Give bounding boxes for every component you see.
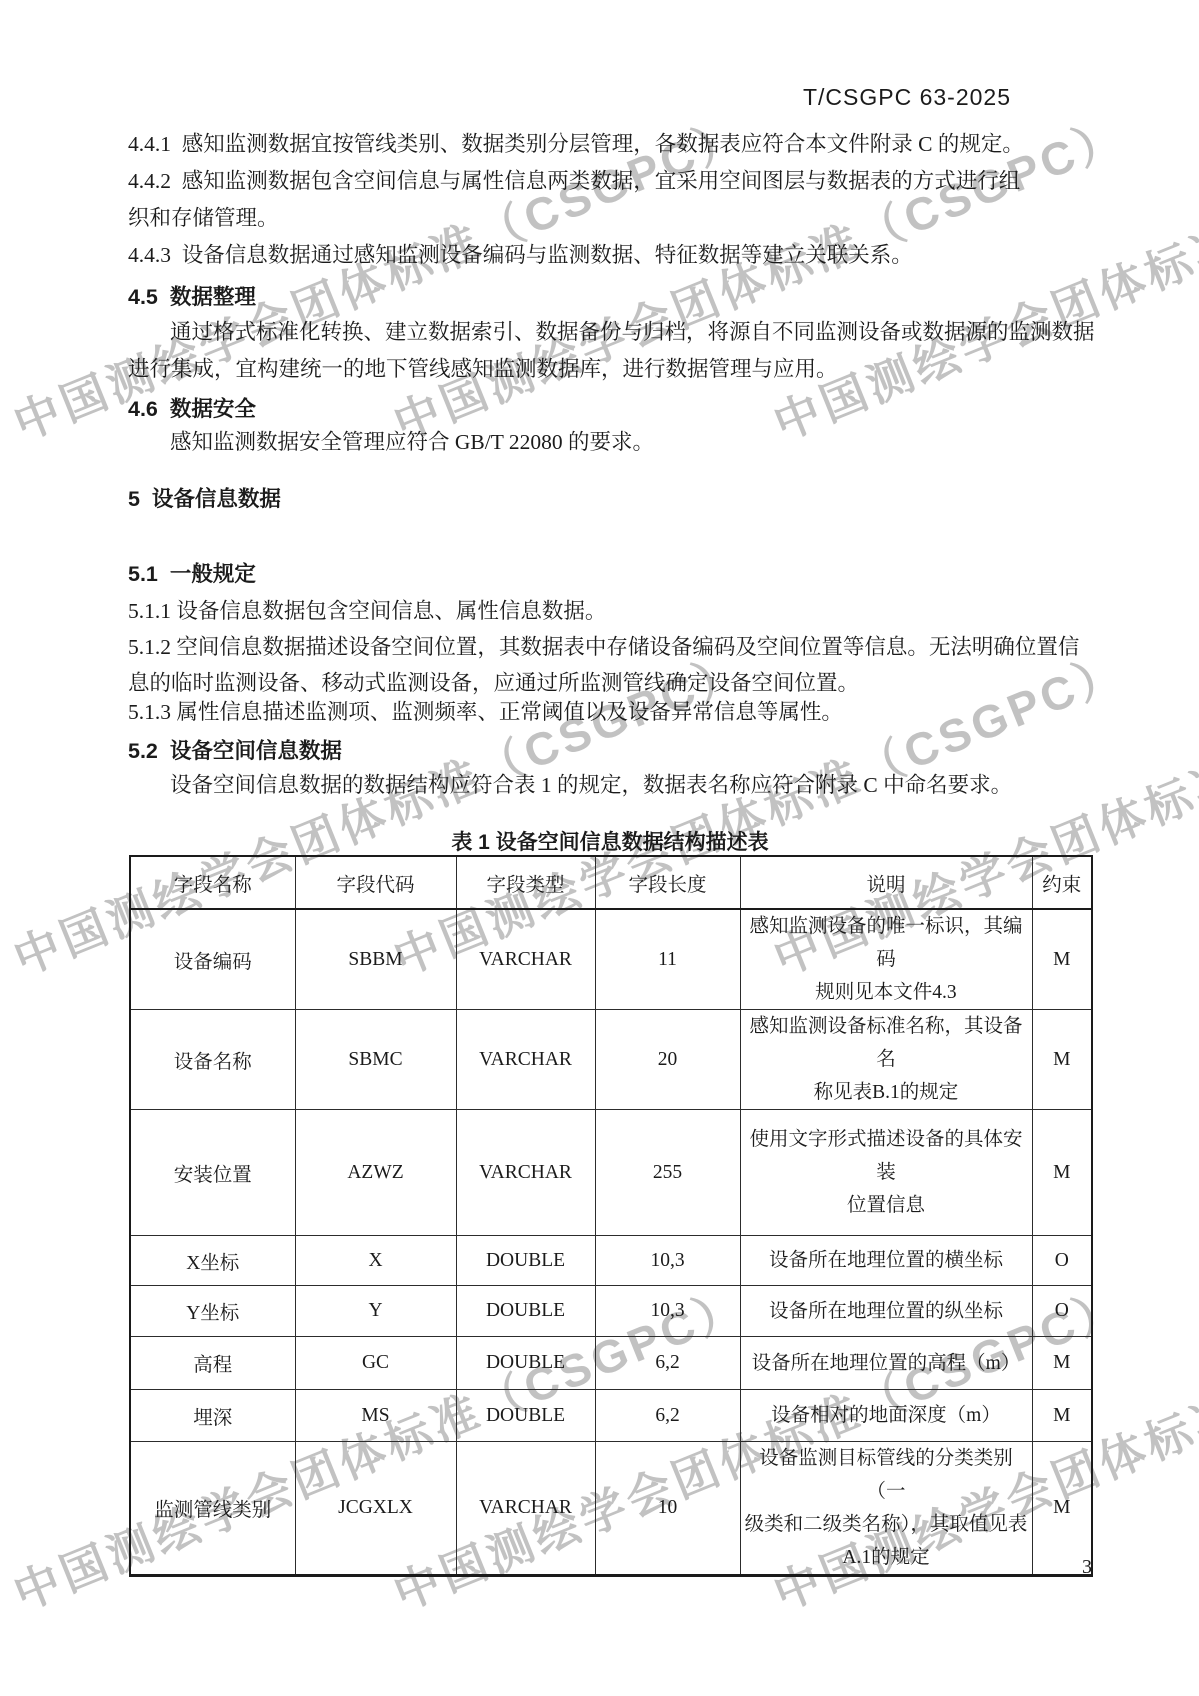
cell-field-type: VARCHAR bbox=[456, 909, 595, 1010]
description-line: 设备所在地理位置的纵坐标 bbox=[741, 1295, 1032, 1328]
cell-field-code: MS bbox=[295, 1390, 456, 1442]
cell-field-code: GC bbox=[295, 1337, 456, 1390]
table-row: X坐标 X DOUBLE 10,3 设备所在地理位置的横坐标 O bbox=[130, 1236, 1092, 1286]
cell-field-name: X坐标 bbox=[130, 1236, 295, 1286]
col-header-field-type: 字段类型 bbox=[456, 856, 595, 909]
cell-description: 设备所在地理位置的横坐标 bbox=[740, 1236, 1032, 1286]
cell-description: 设备所在地理位置的纵坐标 bbox=[740, 1286, 1032, 1337]
cell-field-name: 安装位置 bbox=[130, 1110, 295, 1236]
cell-constraint: M bbox=[1032, 1337, 1092, 1390]
cell-field-code: AZWZ bbox=[295, 1110, 456, 1236]
cell-field-length: 6,2 bbox=[595, 1337, 740, 1390]
section-heading-4-6: 4.6 数据安全 bbox=[128, 392, 256, 423]
doc-code: T/CSGPC 63-2025 bbox=[803, 84, 1011, 111]
section-heading-4-5: 4.5 数据整理 bbox=[128, 280, 256, 311]
cell-field-type: DOUBLE bbox=[456, 1286, 595, 1337]
description-line: 位置信息 bbox=[741, 1189, 1032, 1222]
section-heading-5-1: 5.1 一般规定 bbox=[128, 557, 256, 588]
description-line: 感知监测设备的唯一标识，其编码 bbox=[741, 910, 1032, 976]
table-row: 设备名称 SBMC VARCHAR 20 感知监测设备标准名称，其设备名 称见表… bbox=[130, 1010, 1092, 1110]
cell-field-length: 10 bbox=[595, 1442, 740, 1576]
paragraph-5-1-1: 5.1.1 设备信息数据包含空间信息、属性信息数据。 bbox=[128, 597, 606, 625]
cell-field-type: DOUBLE bbox=[456, 1337, 595, 1390]
cell-description: 感知监测设备的唯一标识，其编码 规则见本文件4.3 bbox=[740, 909, 1032, 1010]
cell-field-name: 设备名称 bbox=[130, 1010, 295, 1110]
cell-field-code: SBBM bbox=[295, 909, 456, 1010]
cell-field-length: 20 bbox=[595, 1010, 740, 1110]
cell-field-name: 高程 bbox=[130, 1337, 295, 1390]
description-line: A.1的规定 bbox=[741, 1541, 1032, 1574]
cell-field-name: 埋深 bbox=[130, 1390, 295, 1442]
col-header-constraint: 约束 bbox=[1032, 856, 1092, 909]
paragraph-4-5-line1: 通过格式标准化转换、建立数据索引、数据备份与归档，将源自不同监测设备或数据源的监… bbox=[170, 318, 1095, 346]
cell-field-code: JCGXLX bbox=[295, 1442, 456, 1576]
cell-field-length: 11 bbox=[595, 909, 740, 1010]
paragraph-5-1-2-line2: 息的临时监测设备、移动式监测设备，应通过所监测管线确定设备空间位置。 bbox=[128, 669, 859, 697]
paragraph-5-1-2-line1: 5.1.2 空间信息数据描述设备空间位置，其数据表中存储设备编码及空间位置等信息… bbox=[128, 633, 1079, 661]
cell-field-name: 设备编码 bbox=[130, 909, 295, 1010]
cell-field-name: Y坐标 bbox=[130, 1286, 295, 1337]
cell-field-type: DOUBLE bbox=[456, 1236, 595, 1286]
cell-field-type: DOUBLE bbox=[456, 1390, 595, 1442]
cell-constraint: M bbox=[1032, 909, 1092, 1010]
cell-description: 感知监测设备标准名称，其设备名 称见表B.1的规定 bbox=[740, 1010, 1032, 1110]
table-row: 安装位置 AZWZ VARCHAR 255 使用文字形式描述设备的具体安装 位置… bbox=[130, 1110, 1092, 1236]
cell-constraint: O bbox=[1032, 1286, 1092, 1337]
cell-constraint: M bbox=[1032, 1010, 1092, 1110]
table-row: Y坐标 Y DOUBLE 10,3 设备所在地理位置的纵坐标 O bbox=[130, 1286, 1092, 1337]
table-row: 监测管线类别 JCGXLX VARCHAR 10 设备监测目标管线的分类类别（一… bbox=[130, 1442, 1092, 1576]
cell-field-code: Y bbox=[295, 1286, 456, 1337]
cell-description: 设备相对的地面深度（m） bbox=[740, 1390, 1032, 1442]
paragraph-4-5-line2: 进行集成，宜构建统一的地下管线感知监测数据库，进行数据管理与应用。 bbox=[128, 355, 838, 383]
table-row: 设备编码 SBBM VARCHAR 11 感知监测设备的唯一标识，其编码 规则见… bbox=[130, 909, 1092, 1010]
col-header-field-name: 字段名称 bbox=[130, 856, 295, 909]
table-header-row: 字段名称 字段代码 字段类型 字段长度 说明 约束 bbox=[130, 856, 1092, 909]
cell-description: 使用文字形式描述设备的具体安装 位置信息 bbox=[740, 1110, 1032, 1236]
table-caption: 表 1 设备空间信息数据结构描述表 bbox=[129, 826, 1091, 856]
description-line: 使用文字形式描述设备的具体安装 bbox=[741, 1123, 1032, 1189]
col-header-field-code: 字段代码 bbox=[295, 856, 456, 909]
description-line: 感知监测设备标准名称，其设备名 bbox=[741, 1010, 1032, 1076]
cell-field-length: 6,2 bbox=[595, 1390, 740, 1442]
cell-field-code: SBMC bbox=[295, 1010, 456, 1110]
section-heading-5: 5 设备信息数据 bbox=[128, 482, 281, 513]
section-heading-5-2: 5.2 设备空间信息数据 bbox=[128, 734, 342, 765]
cell-field-length: 10,3 bbox=[595, 1236, 740, 1286]
cell-field-name: 监测管线类别 bbox=[130, 1442, 295, 1576]
description-line: 规则见本文件4.3 bbox=[741, 976, 1032, 1009]
col-header-field-length: 字段长度 bbox=[595, 856, 740, 909]
paragraph-4-4-1: 4.4.1 感知监测数据宜按管线类别、数据类别分层管理，各数据表应符合本文件附录… bbox=[128, 130, 1024, 158]
cell-field-code: X bbox=[295, 1236, 456, 1286]
cell-field-length: 10,3 bbox=[595, 1286, 740, 1337]
description-line: 设备相对的地面深度（m） bbox=[741, 1399, 1032, 1432]
description-line: 设备所在地理位置的高程（m） bbox=[741, 1347, 1032, 1380]
table-row: 高程 GC DOUBLE 6,2 设备所在地理位置的高程（m） M bbox=[130, 1337, 1092, 1390]
description-line: 级类和二级类名称），其取值见表 bbox=[741, 1508, 1032, 1541]
col-header-description: 说明 bbox=[740, 856, 1032, 909]
cell-field-length: 255 bbox=[595, 1110, 740, 1236]
cell-description: 设备监测目标管线的分类类别（一 级类和二级类名称），其取值见表 A.1的规定 bbox=[740, 1442, 1032, 1576]
paragraph-4-4-2-line1: 4.4.2 感知监测数据包含空间信息与属性信息两类数据，宜采用空间图层与数据表的… bbox=[128, 167, 1020, 195]
table-1: 字段名称 字段代码 字段类型 字段长度 说明 约束 设备编码 SBBM VARC… bbox=[129, 855, 1093, 1577]
cell-constraint: M bbox=[1032, 1110, 1092, 1236]
cell-constraint: M bbox=[1032, 1390, 1092, 1442]
description-line: 称见表B.1的规定 bbox=[741, 1076, 1032, 1109]
paragraph-4-4-2-line2: 织和存储管理。 bbox=[128, 204, 279, 232]
description-line: 设备监测目标管线的分类类别（一 bbox=[741, 1442, 1032, 1508]
document-page: 中国测绘学会团体标准（CSGPC） 中国测绘学会团体标准（CSGPC） 中国测绘… bbox=[0, 0, 1199, 1696]
cell-description: 设备所在地理位置的高程（m） bbox=[740, 1337, 1032, 1390]
cell-field-type: VARCHAR bbox=[456, 1442, 595, 1576]
page-number: 3 bbox=[1082, 1556, 1092, 1579]
paragraph-4-4-3: 4.4.3 设备信息数据通过感知监测设备编码与监测数据、特征数据等建立关联关系。 bbox=[128, 241, 913, 269]
table-row: 埋深 MS DOUBLE 6,2 设备相对的地面深度（m） M bbox=[130, 1390, 1092, 1442]
description-line: 设备所在地理位置的横坐标 bbox=[741, 1244, 1032, 1277]
paragraph-5-1-3: 5.1.3 属性信息描述监测项、监测频率、正常阈值以及设备异常信息等属性。 bbox=[128, 698, 843, 726]
cell-constraint: O bbox=[1032, 1236, 1092, 1286]
cell-field-type: VARCHAR bbox=[456, 1110, 595, 1236]
paragraph-5-2: 设备空间信息数据的数据结构应符合表 1 的规定，数据表名称应符合附录 C 中命名… bbox=[170, 771, 1012, 799]
cell-field-type: VARCHAR bbox=[456, 1010, 595, 1110]
paragraph-4-6: 感知监测数据安全管理应符合 GB/T 22080 的要求。 bbox=[170, 428, 654, 456]
